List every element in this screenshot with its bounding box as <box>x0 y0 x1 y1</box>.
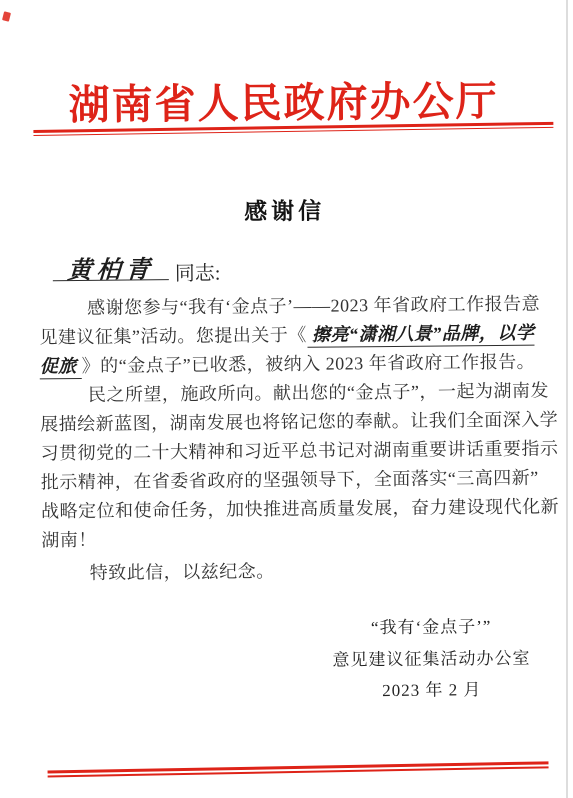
signature-line-1: “我有‘金点子’” <box>331 612 531 639</box>
recipient-name-underline: 黄柏青 <box>53 249 169 281</box>
signature-line-2: 意见建议征集活动办公室 <box>331 644 531 671</box>
body-line-4: 民之所望，施政所向。献出您的“金点子”，一起为湖南发 <box>40 376 549 407</box>
body-line-5: 展描绘新蓝图，湖南发展也将铭记您的奉献。让我们全面深入学 <box>40 405 558 436</box>
closing-line: 特致此信，以兹纪念。 <box>42 557 275 585</box>
body-line-2: 见建议征集”活动。您提出关于《 擦亮“潇湘八景”品牌，以学 <box>39 319 534 350</box>
body-line-3: 促旅 》的“金点子”已收悉，被纳入 2023 年省政府工作报告。 <box>40 348 536 379</box>
letter-content: 湖南省人民政府办公厅 感谢信 黄柏青 同志: 感谢您参与“我有‘金点子’——20… <box>0 0 573 798</box>
suggestion-title-handwritten-part1: 擦亮“潇湘八景”品牌，以学 <box>307 323 535 348</box>
scanned-letter-page: 湖南省人民政府办公厅 感谢信 黄柏青 同志: 感谢您参与“我有‘金点子’——20… <box>0 0 573 798</box>
body-line-7: 批示精神，在省委省政府的坚强领导下，全面落实“三高四新” <box>41 464 539 495</box>
body-line-9: 湖南！ <box>41 526 97 553</box>
suggestion-title-handwritten-part2: 促旅 <box>40 356 82 379</box>
body-line-6: 习贯彻党的二十大精神和习近平总书记对湖南重要讲话重要指示 <box>40 434 558 465</box>
body-line-2-text: 见建议征集”活动。您提出关于《 <box>39 325 307 348</box>
letter-title: 感谢信 <box>0 190 571 228</box>
bottom-double-rule <box>48 761 549 777</box>
body-line-1: 感谢您参与“我有‘金点子’——2023 年省政府工作报告意 <box>39 290 540 321</box>
body-line-8: 战略定位和使命任务，加快推进高质量发展，奋力建设现代化新 <box>41 492 559 523</box>
signature-date-line: 2023 年 2 月 <box>332 675 532 702</box>
recipient-name-handwritten: 黄柏青 <box>66 249 155 285</box>
recipient-suffix: 同志: <box>175 257 221 286</box>
body-line-3-text: 》的“金点子”已收悉，被纳入 2023 年省政府工作报告。 <box>82 352 536 376</box>
recipient-line: 黄柏青 同志: <box>39 247 339 290</box>
scanner-page-edge-line <box>566 0 568 798</box>
